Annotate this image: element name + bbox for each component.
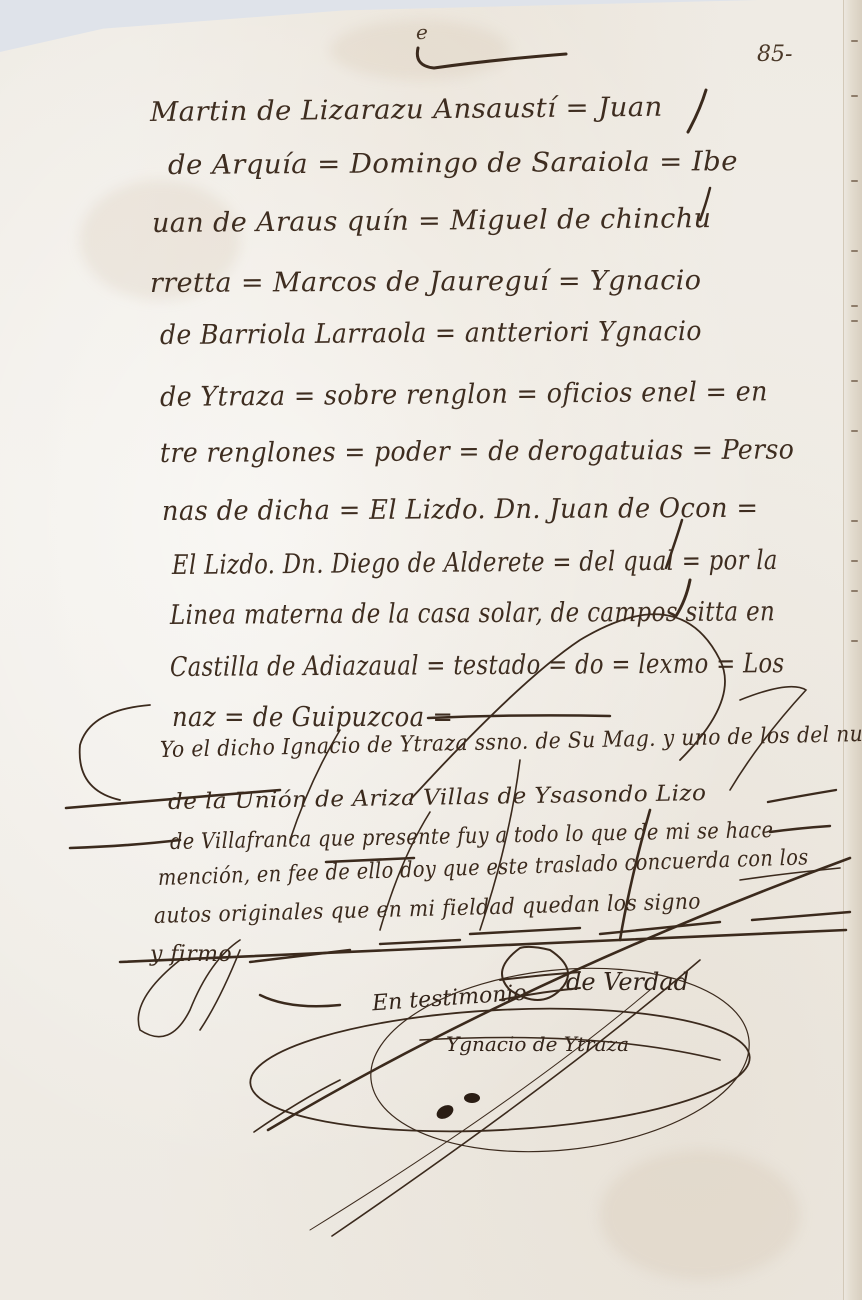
ink-blots: [434, 1093, 480, 1122]
ink-flourishes: [0, 0, 862, 1300]
header-flourish: [417, 48, 566, 68]
manuscript-page: e 85- Martin de Lizarazu Ansaustí = Juan…: [0, 0, 862, 1300]
